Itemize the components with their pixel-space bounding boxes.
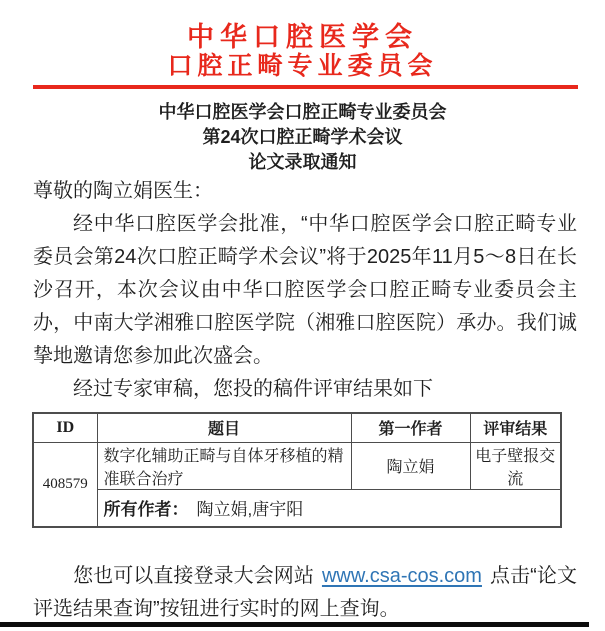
header-cell-first-author: 第一作者 — [351, 413, 470, 442]
all-authors-names: 陶立娟,唐宇阳 — [197, 500, 304, 519]
letterhead-committee-name: 口腔正畸专业委员会 — [0, 52, 605, 80]
table-row-paper: 408579 数字化辅助正畸与自体牙移植的精准联合治疗 陶立娟 电子壁报交流 — [33, 442, 561, 489]
notice-document: 中华口腔医学会 口腔正畸专业委员会 中华口腔医学会口腔正畸专业委员会 第24次口… — [0, 0, 605, 631]
cell-all-authors: 所有作者：陶立娟,唐宇阳 — [97, 489, 561, 527]
header-cell-id: ID — [33, 413, 97, 442]
title-committee-line: 中华口腔医学会口腔正畸专业委员会 — [0, 100, 605, 125]
salutation: 尊敬的陶立娟医生： — [33, 175, 577, 208]
cell-first-author: 陶立娟 — [351, 442, 470, 489]
table-row-all-authors: 所有作者：陶立娟,唐宇阳 — [33, 489, 561, 527]
footer-paragraph: 您也可以直接登录大会网站www.csa-cos.com点击“论文评选结果查询”按… — [33, 560, 577, 626]
all-authors-label: 所有作者： — [104, 500, 189, 519]
letterhead-society-name: 中华口腔医学会 — [0, 22, 605, 52]
footer-text-before-link: 您也可以直接登录大会网站 — [73, 565, 314, 587]
cell-review-result: 电子壁报交流 — [470, 442, 561, 489]
cell-paper-title: 数字化辅助正畸与自体牙移植的精准联合治疗 — [97, 442, 351, 489]
header-cell-review-result: 评审结果 — [470, 413, 561, 442]
title-conference-line: 第24次口腔正畸学术会议 — [0, 125, 605, 150]
letterhead: 中华口腔医学会 口腔正畸专业委员会 — [0, 22, 605, 80]
letterhead-divider-rule — [33, 85, 578, 89]
header-cell-title: 题目 — [97, 413, 351, 442]
cell-paper-id: 408579 — [33, 442, 97, 527]
review-result-table: ID 题目 第一作者 评审结果 408579 数字化辅助正畸与自体牙移植的精准联… — [32, 412, 562, 528]
bottom-edge-bar — [0, 622, 589, 627]
document-title: 中华口腔医学会口腔正畸专业委员会 第24次口腔正畸学术会议 论文录取通知 — [0, 100, 605, 175]
body-text: 尊敬的陶立娟医生： 经中华口腔医学会批准，“中华口腔医学会口腔正畸专业委员会第2… — [33, 175, 577, 406]
conference-website-link[interactable]: www.csa-cos.com — [322, 565, 482, 587]
paragraph-review-intro: 经过专家审稿，您投的稿件评审结果如下 — [33, 373, 577, 406]
table-header-row: ID 题目 第一作者 评审结果 — [33, 413, 561, 442]
title-notice-line: 论文录取通知 — [0, 150, 605, 175]
paragraph-invitation: 经中华口腔医学会批准，“中华口腔医学会口腔正畸专业委员会第24次口腔正畸学术会议… — [33, 208, 577, 373]
